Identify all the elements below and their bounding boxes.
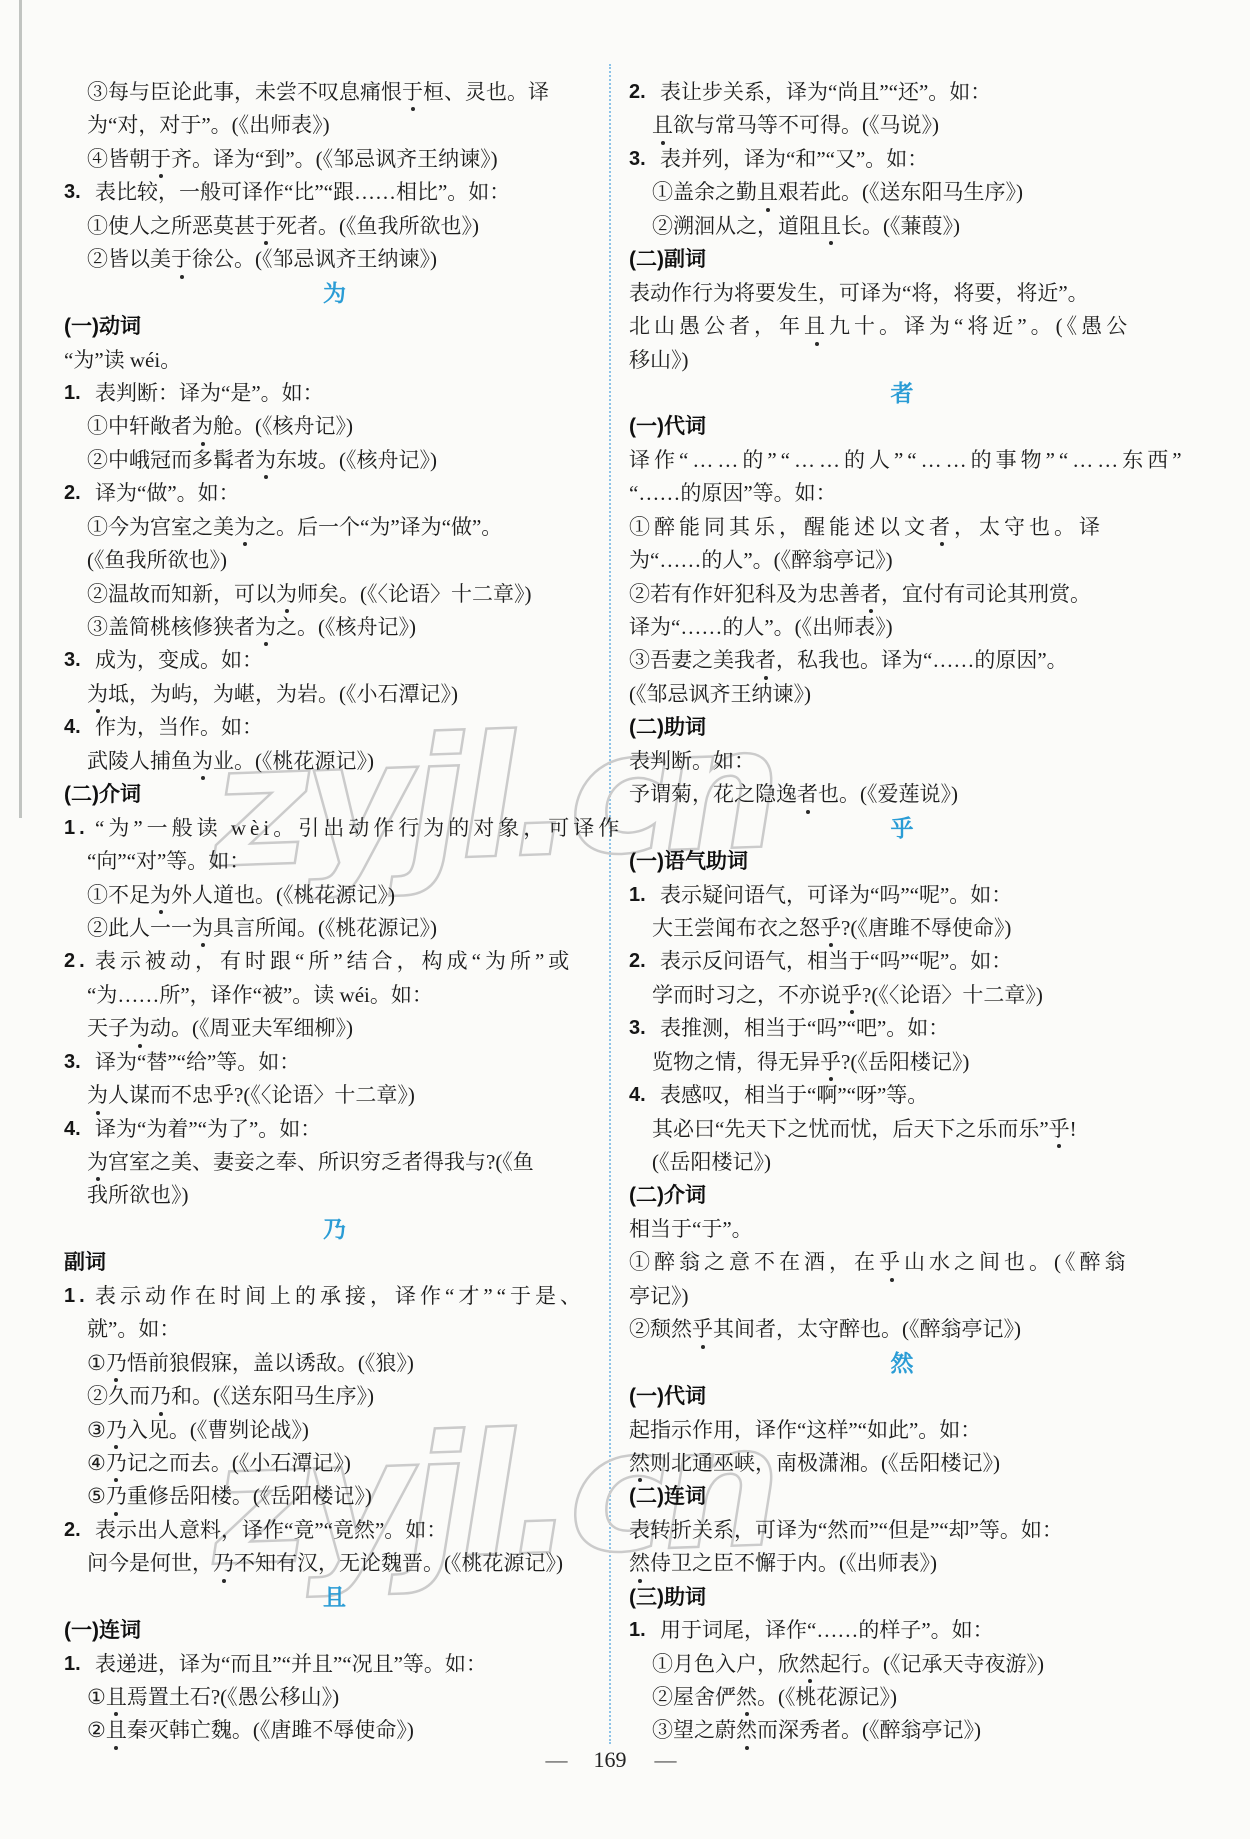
text-line: 4.译为“为着”“为了”。如： (64, 1113, 605, 1146)
emphasis-dot-char: 乃 (106, 1447, 127, 1480)
word-header: 乃 (64, 1213, 605, 1246)
line-text: ②中峨冠而多髯者为东坡。(《核舟记》) (87, 448, 437, 472)
text-line: 且欲与常马等不可得。(《马说》) (629, 109, 1175, 142)
emphasis-dot-char: 于 (402, 76, 423, 109)
line-text: “为……所”，译作“被”。读 wéi。如： (87, 983, 433, 1007)
text-line: 为宫室之美、妻妾之奉、所识穷乏者得我与?(《鱼 (64, 1146, 605, 1179)
line-text: ②此人一一为具言所闻。(《桃花源记》) (87, 916, 437, 940)
text-line: ②温故而知新，可以为师矣。(《〈论语〉十二章》) (64, 578, 605, 611)
item-number: 2. (629, 76, 660, 109)
line-text: ③每与臣论此事，未尝不叹息痛恨于桓、灵也。译 (87, 80, 549, 104)
text-line: ③吾妻之美我者，私我也。译为“……的原因”。 (629, 644, 1175, 677)
footer-left-dash: — (546, 1747, 566, 1773)
line-text: 译为“做”。如： (95, 477, 240, 510)
line-text: (《鱼我所欲也》) (87, 548, 227, 572)
emphasis-dot-char: 者 (755, 644, 776, 677)
text-line: 副词 (64, 1246, 605, 1279)
line-text: 表示动作在时间上的承接，译作“才”“于是、 (95, 1280, 585, 1313)
text-line: “……的原因”等。如： (629, 477, 1175, 510)
text-line: ①且焉置土石?(《愚公移山》) (64, 1681, 605, 1714)
line-text: 用于词尾，译作“……的样子”。如： (660, 1614, 994, 1647)
text-line: 2.表示被动，有时跟“所”结合，构成“为所”或 (64, 945, 605, 978)
line-text: (一)动词 (64, 315, 141, 338)
item-number: 1. (629, 879, 660, 912)
text-line: (一)代词 (629, 410, 1175, 443)
text-line: 然侍卫之臣不懈于内。(《出师表》) (629, 1547, 1175, 1580)
item-number: 1. (629, 1614, 660, 1647)
line-text: 为坻，为屿，为嵁，为岩。(《小石潭记》) (87, 682, 458, 706)
line-text: 其必曰“先天下之忧而忧，后天下之乐而乐”乎! (652, 1117, 1077, 1141)
emphasis-dot-char: 然 (799, 1648, 820, 1681)
emphasis-dot-char: 为 (192, 410, 213, 443)
text-line: 其必曰“先天下之忧而忧，后天下之乐而乐”乎! (629, 1113, 1175, 1146)
line-text: 成为，变成。如： (95, 644, 263, 677)
line-text: 予谓菊，花之隐逸者也。(《爱莲说》) (629, 782, 958, 806)
text-line: ②久而乃和。(《送东阳马生序》) (64, 1380, 605, 1413)
line-text: 我所欲也》) (87, 1183, 189, 1207)
text-line: “为”读 wéi。 (64, 344, 605, 377)
word-header: 乎 (629, 812, 1175, 845)
text-line: (《岳阳楼记》) (629, 1146, 1175, 1179)
emphasis-dot-char: 为 (87, 1079, 108, 1112)
text-line: ②且秦灭韩亡魏。(《唐雎不辱使命》) (64, 1714, 605, 1747)
text-line: 武陵人捕鱼为业。(《桃花源记》) (64, 745, 605, 778)
column-divider-dotted-line (609, 64, 611, 1744)
text-line: 4.作为，当作。如： (64, 711, 605, 744)
text-line: 3.表推测，相当于“吗”“吧”。如： (629, 1012, 1175, 1045)
text-line: 为“……的人”。(《醉翁亭记》) (629, 544, 1175, 577)
line-text: 表推测，相当于“吗”“吧”。如： (660, 1012, 949, 1045)
word-header: 且 (64, 1581, 605, 1614)
text-line: 问今是何世，乃不知有汉，无论魏晋。(《桃花源记》) (64, 1547, 605, 1580)
emphasis-dot-char: 乃 (150, 1380, 171, 1413)
text-line: (二)介词 (629, 1179, 1175, 1212)
text-line: ②若有作奸犯科及为忠善者，宜付有司论其刑赏。 (629, 578, 1175, 611)
text-line: (一)代词 (629, 1380, 1175, 1413)
text-line: ②屋舍俨然。(《桃花源记》) (629, 1681, 1175, 1714)
line-text: ③盖简桃核修狭者为之。(《核舟记》) (87, 615, 416, 639)
item-number: 1. (64, 1648, 95, 1681)
text-line: ③每与臣论此事，未尝不叹息痛恨于桓、灵也。译 (64, 76, 605, 109)
text-line: “为……所”，译作“被”。读 wéi。如： (64, 979, 605, 1012)
line-text: ①醉翁之意不在酒，在乎山水之间也。(《醉翁 (629, 1250, 1130, 1274)
line-text: ①不足为外人道也。(《桃花源记》) (87, 883, 395, 907)
line-text: ③乃入见。(《曹刿论战》) (87, 1418, 309, 1442)
text-line: ②此人一一为具言所闻。(《桃花源记》) (64, 912, 605, 945)
line-text: ④皆朝于齐。译为“到”。(《邹忌讽齐王纳谏》) (87, 147, 498, 171)
text-line: 2.译为“做”。如： (64, 477, 605, 510)
word-header: 然 (629, 1347, 1175, 1380)
line-text: ②皆以美于徐公。(《邹忌讽齐王纳谏》) (87, 247, 437, 271)
text-line: ①使人之所恶莫甚于死者。(《鱼我所欲也》) (64, 210, 605, 243)
emphasis-dot-char: 然 (629, 1447, 650, 1480)
emphasis-dot-char: 乎 (820, 912, 841, 945)
text-line: ②颓然乎其间者，太守醉也。(《醉翁亭记》) (629, 1313, 1175, 1346)
text-line: 就”。如： (64, 1313, 605, 1346)
text-line: 起指示作用，译作“这样”“如此”。如： (629, 1414, 1175, 1447)
line-text: ①使人之所恶莫甚于死者。(《鱼我所欲也》) (87, 214, 479, 238)
line-text: ⑤乃重修岳阳楼。(《岳阳楼记》) (87, 1484, 372, 1508)
text-line: ①不足为外人道也。(《桃花源记》) (64, 879, 605, 912)
page-spine-line (19, 0, 22, 818)
emphasis-dot-char: 然 (736, 1681, 757, 1714)
emphasis-dot-char: 且 (804, 310, 829, 343)
emphasis-dot-char: 为 (192, 745, 213, 778)
word-header: 者 (629, 377, 1175, 410)
line-text: ②且秦灭韩亡魏。(《唐雎不辱使命》) (87, 1718, 414, 1742)
text-line: 1.表示疑问语气，可译为“吗”“呢”。如： (629, 879, 1175, 912)
line-text: (一)代词 (629, 1385, 706, 1408)
text-line: ①醉能同其乐，醒能述以文者，太守也。译 (629, 511, 1175, 544)
line-text: 北山愚公者，年且九十。译为“将近”。(《愚公 (629, 314, 1131, 338)
line-text: ②若有作奸犯科及为忠善者，宜付有司论其刑赏。 (629, 582, 1091, 606)
text-line: ①月色入户，欣然起行。(《记承天寺夜游》) (629, 1648, 1175, 1681)
emphasis-dot-char: 为 (150, 879, 171, 912)
line-text: 就”。如： (87, 1317, 180, 1341)
line-text: 译为“替”“给”等。如： (95, 1046, 300, 1079)
text-line: 3.表比较，一般可译作“比”“跟……相比”。如： (64, 176, 605, 209)
emphasis-dot-char: 乎 (1049, 1113, 1070, 1146)
text-line: 1.表示动作在时间上的承接，译作“才”“于是、 (64, 1280, 605, 1313)
line-text: 表示被动，有时跟“所”结合，构成“为所”或 (95, 945, 573, 978)
emphasis-dot-char: 为 (87, 1146, 108, 1179)
line-text: 表示疑问语气，可译为“吗”“呢”。如： (660, 879, 1012, 912)
line-text: 译为“为着”“为了”。如： (95, 1113, 321, 1146)
line-text: 表判断。如： (629, 749, 755, 773)
emphasis-dot-char: 为 (255, 611, 276, 644)
text-line: ⑤乃重修岳阳楼。(《岳阳楼记》) (64, 1480, 605, 1513)
text-line: 译为“……的人”。(《出师表》) (629, 611, 1175, 644)
text-line: 为人谋而不忠乎?(《〈论语〉十二章》) (64, 1079, 605, 1112)
line-text: ②颓然乎其间者，太守醉也。(《醉翁亭记》) (629, 1317, 1021, 1341)
line-text: 译作“……的”“……的人”“……的事物”“……东西” (629, 448, 1186, 472)
line-text: 武陵人捕鱼为业。(《桃花源记》) (87, 749, 374, 773)
line-text: “……的原因”等。如： (629, 481, 837, 505)
line-text: (一)代词 (629, 415, 706, 438)
item-number: 3. (64, 1046, 95, 1079)
text-line: 亭记》) (629, 1280, 1175, 1313)
text-line: 然则北通巫峡，南极潇湘。(《岳阳楼记》) (629, 1447, 1175, 1480)
line-text: ①且焉置土石?(《愚公移山》) (87, 1685, 339, 1709)
line-text: ①中轩敞者为舱。(《核舟记》) (87, 414, 353, 438)
emphasis-dot-char: 于 (171, 243, 192, 276)
item-number: 1. (64, 377, 95, 410)
text-line: “向”“对”等。如： (64, 845, 605, 878)
line-text: (二)连词 (629, 1485, 706, 1508)
text-line: 大王尝闻布衣之怒乎?(《唐雎不辱使命》) (629, 912, 1175, 945)
line-text: 表动作行为将要发生，可译为“将，将要，将近”。 (629, 281, 1089, 305)
text-line: 为坻，为屿，为嵁，为岩。(《小石潭记》) (64, 678, 605, 711)
page-footer: — 169 — (0, 1747, 1220, 1773)
item-number: 3. (629, 1012, 660, 1045)
line-text: 学而时习之，不亦说乎?(《〈论语〉十二章》) (652, 983, 1043, 1007)
item-number: 1. (64, 812, 95, 845)
emphasis-dot-char: 于 (255, 210, 276, 243)
text-line: 予谓菊，花之隐逸者也。(《爱莲说》) (629, 778, 1175, 811)
line-text: 然侍卫之臣不懈于内。(《出师表》) (629, 1551, 937, 1575)
text-line: 学而时习之，不亦说乎?(《〈论语〉十二章》) (629, 979, 1175, 1012)
item-number: 3. (629, 143, 660, 176)
emphasis-dot-char: 者 (929, 511, 954, 544)
line-text: “为”一般读 wèi。引出动作行为的对象，可译作 (95, 812, 623, 845)
text-line: 相当于“于”。 (629, 1213, 1175, 1246)
text-line: 1.“为”一般读 wèi。引出动作行为的对象，可译作 (64, 812, 605, 845)
text-line: 3.成为，变成。如： (64, 644, 605, 677)
item-number: 4. (64, 1113, 95, 1146)
item-number: 4. (64, 711, 95, 744)
left-text-column: ③每与臣论此事，未尝不叹息痛恨于桓、灵也。译为“对，对于”。(《出师表》)④皆朝… (64, 76, 605, 1748)
text-line: 天子为动。(《周亚夫军细柳》) (64, 1012, 605, 1045)
line-text: ②屋舍俨然。(《桃花源记》) (652, 1685, 897, 1709)
text-line: ①中轩敞者为舱。(《核舟记》) (64, 410, 605, 443)
line-text: ④乃记之而去。(《小石潭记》) (87, 1451, 351, 1475)
line-text: 问今是何世，乃不知有汉，无论魏晋。(《桃花源记》) (87, 1551, 563, 1575)
text-line: ②皆以美于徐公。(《邹忌讽齐王纳谏》) (64, 243, 605, 276)
line-text: ①月色入户，欣然起行。(《记承天寺夜游》) (652, 1652, 1044, 1676)
line-text: 表示出人意料，译作“竟”“竟然”。如： (95, 1514, 447, 1547)
line-text: ②溯洄从之，道阻且长。(《蒹葭》) (652, 214, 960, 238)
text-line: ①乃悟前狼假寐，盖以诱敌。(《狼》) (64, 1347, 605, 1380)
line-text: 起指示作用，译作“这样”“如此”。如： (629, 1418, 981, 1442)
line-text: ①醉能同其乐，醒能述以文者，太守也。译 (629, 515, 1104, 539)
emphasis-dot-char: 为 (276, 578, 297, 611)
text-line: (二)介词 (64, 778, 605, 811)
text-line: ③盖简桃核修狭者为之。(《核舟记》) (64, 611, 605, 644)
item-number: 2. (629, 945, 660, 978)
text-line: 译作“……的”“……的人”“……的事物”“……东西” (629, 444, 1175, 477)
text-line: (一)语气助词 (629, 845, 1175, 878)
text-line: 北山愚公者，年且九十。译为“将近”。(《愚公 (629, 310, 1175, 343)
line-text: 副词 (64, 1251, 106, 1274)
emphasis-dot-char: 乎 (879, 1246, 904, 1279)
text-line: 表动作行为将要发生，可译为“将，将要，将近”。 (629, 277, 1175, 310)
text-line: ④皆朝于齐。译为“到”。(《邹忌讽齐王纳谏》) (64, 143, 605, 176)
text-line: ③望之蔚然而深秀者。(《醉翁亭记》) (629, 1714, 1175, 1747)
line-text: (《邹忌讽齐王纳谏》) (629, 682, 811, 706)
line-text: 表比较，一般可译作“比”“跟……相比”。如： (95, 176, 510, 209)
line-text: 表递进，译为“而且”“并且”“况且”等。如： (95, 1648, 487, 1681)
emphasis-dot-char: 为 (255, 444, 276, 477)
text-line: (三)助词 (629, 1581, 1175, 1614)
text-line: (二)副词 (629, 243, 1175, 276)
line-text: 表判断：译为“是”。如： (95, 377, 324, 410)
emphasis-dot-char: 且 (652, 109, 673, 142)
item-number: 1. (64, 1280, 95, 1313)
text-line: 2.表示反问语气，相当于“吗”“呢”。如： (629, 945, 1175, 978)
emphasis-dot-char: 然 (629, 1547, 650, 1580)
text-line: 表转折关系，可译为“然而”“但是”“却”等。如： (629, 1514, 1175, 1547)
text-line: (二)连词 (629, 1480, 1175, 1513)
text-line: 3.译为“替”“给”等。如： (64, 1046, 605, 1079)
item-number: 2. (64, 945, 95, 978)
line-text: 译为“……的人”。(《出师表》) (629, 615, 893, 639)
emphasis-dot-char: 为 (129, 1012, 150, 1045)
text-line: ①盖余之勤且艰若此。(《送东阳马生序》) (629, 176, 1175, 209)
item-number: 3. (64, 644, 95, 677)
line-text: ③望之蔚然而深秀者。(《醉翁亭记》) (652, 1718, 981, 1742)
line-text: 为“……的人”。(《醉翁亭记》) (629, 548, 893, 572)
item-number: 2. (64, 477, 95, 510)
emphasis-dot-char: 为 (234, 511, 255, 544)
line-text: (二)副词 (629, 248, 706, 271)
line-text: (二)介词 (64, 783, 141, 806)
text-line: 为“对，对于”。(《出师表》) (64, 109, 605, 142)
line-text: 相当于“于”。 (629, 1217, 753, 1241)
text-line: ④乃记之而去。(《小石潭记》) (64, 1447, 605, 1480)
text-line: ②溯洄从之，道阻且长。(《蒹葭》) (629, 210, 1175, 243)
emphasis-dot-char: 乎 (692, 1313, 713, 1346)
text-line: (二)助词 (629, 711, 1175, 744)
line-text: 为人谋而不忠乎?(《〈论语〉十二章》) (87, 1083, 415, 1107)
line-text: ②久而乃和。(《送东阳马生序》) (87, 1384, 374, 1408)
text-line: 2.表示出人意料，译作“竟”“竟然”。如： (64, 1514, 605, 1547)
line-text: 表转折关系，可译为“然而”“但是”“却”等。如： (629, 1518, 1063, 1542)
text-line: (《鱼我所欲也》) (64, 544, 605, 577)
emphasis-dot-char: 乎 (841, 979, 862, 1012)
line-text: 表并列，译为“和”“又”。如： (660, 143, 928, 176)
text-line: 表判断。如： (629, 745, 1175, 778)
emphasis-dot-char: 且 (757, 176, 778, 209)
line-text: 为“对，对于”。(《出师表》) (87, 113, 330, 137)
text-line: 移山》) (629, 344, 1175, 377)
item-number: 4. (629, 1079, 660, 1112)
emphasis-dot-char: 者 (860, 578, 881, 611)
item-number: 3. (64, 176, 95, 209)
text-line: 1.表递进，译为“而且”“并且”“况且”等。如： (64, 1648, 605, 1681)
line-text: (二)助词 (629, 716, 706, 739)
text-line: (一)连词 (64, 1614, 605, 1647)
line-text: 且欲与常马等不可得。(《马说》) (652, 113, 939, 137)
text-line: 3.表并列，译为“和”“又”。如： (629, 143, 1175, 176)
line-text: (《岳阳楼记》) (652, 1150, 771, 1174)
text-line: ②中峨冠而多髯者为东坡。(《核舟记》) (64, 444, 605, 477)
emphasis-dot-char: 于 (150, 143, 171, 176)
emphasis-dot-char: 乎 (820, 1046, 841, 1079)
emphasis-dot-char: 乃 (213, 1547, 234, 1580)
emphasis-dot-char: 乃 (106, 1347, 127, 1380)
text-line: (一)动词 (64, 310, 605, 343)
line-text: 移山》) (629, 348, 689, 372)
right-text-column: 2.表让步关系，译为“尚且”“还”。如：且欲与常马等不可得。(《马说》)3.表并… (629, 76, 1175, 1748)
text-line: 1.表判断：译为“是”。如： (64, 377, 605, 410)
emphasis-dot-char: 乃 (106, 1480, 127, 1513)
text-line: 览物之情，得无异乎?(《岳阳楼记》) (629, 1046, 1175, 1079)
line-text: 表示反问语气，相当于“吗”“呢”。如： (660, 945, 1012, 978)
line-text: 览物之情，得无异乎?(《岳阳楼记》) (652, 1050, 969, 1074)
page-number: 169 (594, 1747, 627, 1773)
item-number: 2. (64, 1514, 95, 1547)
line-text: 作为，当作。如： (95, 711, 263, 744)
line-text: (二)介词 (629, 1184, 706, 1207)
emphasis-dot-char: 且 (820, 210, 841, 243)
line-text: “为”读 wéi。 (64, 348, 181, 372)
line-text: ①今为宫室之美为之。后一个“为”译为“做”。 (87, 515, 502, 539)
scanned-textbook-page: zyjl.cn zyjl.cn ③每与臣论此事，未尝不叹息痛恨于桓、灵也。译为“… (0, 0, 1250, 1839)
line-text: 大王尝闻布衣之怒乎?(《唐雎不辱使命》) (652, 916, 1011, 940)
emphasis-dot-char: 然 (736, 1714, 757, 1747)
line-text: 表感叹，相当于“啊”“呀”等。 (660, 1079, 928, 1112)
emphasis-dot-char: 且 (106, 1714, 127, 1747)
line-text: ③吾妻之美我者，私我也。译为“……的原因”。 (629, 648, 1068, 672)
line-text: (一)连词 (64, 1619, 141, 1642)
text-line: 1.用于词尾，译作“……的样子”。如： (629, 1614, 1175, 1647)
line-text: ①乃悟前狼假寐，盖以诱敌。(《狼》) (87, 1351, 414, 1375)
line-text: 然则北通巫峡，南极潇湘。(《岳阳楼记》) (629, 1451, 1000, 1475)
text-line: (《邹忌讽齐王纳谏》) (629, 678, 1175, 711)
line-text: ②温故而知新，可以为师矣。(《〈论语〉十二章》) (87, 582, 532, 606)
text-line: 我所欲也》) (64, 1179, 605, 1212)
footer-right-dash: — (655, 1747, 675, 1773)
emphasis-dot-char: 为 (87, 678, 108, 711)
line-text: ①盖余之勤且艰若此。(《送东阳马生序》) (652, 180, 1023, 204)
line-text: “向”“对”等。如： (87, 849, 250, 873)
text-line: 4.表感叹，相当于“啊”“呀”等。 (629, 1079, 1175, 1112)
emphasis-dot-char: 且 (106, 1681, 127, 1714)
line-text: (一)语气助词 (629, 850, 748, 873)
line-text: 为宫室之美、妻妾之奉、所识穷乏者得我与?(《鱼 (87, 1150, 534, 1174)
emphasis-dot-char: 为 (192, 912, 213, 945)
word-header: 为 (64, 277, 605, 310)
line-text: 亭记》) (629, 1284, 689, 1308)
line-text: 天子为动。(《周亚夫军细柳》) (87, 1016, 353, 1040)
text-line: ③乃入见。(《曹刿论战》) (64, 1414, 605, 1447)
line-text: (三)助词 (629, 1586, 706, 1609)
emphasis-dot-char: 者 (797, 778, 818, 811)
emphasis-dot-char: 乃 (106, 1414, 127, 1447)
text-line: ①今为宫室之美为之。后一个“为”译为“做”。 (64, 511, 605, 544)
text-line: ①醉翁之意不在酒，在乎山水之间也。(《醉翁 (629, 1246, 1175, 1279)
text-line: 2.表让步关系，译为“尚且”“还”。如： (629, 76, 1175, 109)
line-text: 表让步关系，译为“尚且”“还”。如： (660, 76, 991, 109)
